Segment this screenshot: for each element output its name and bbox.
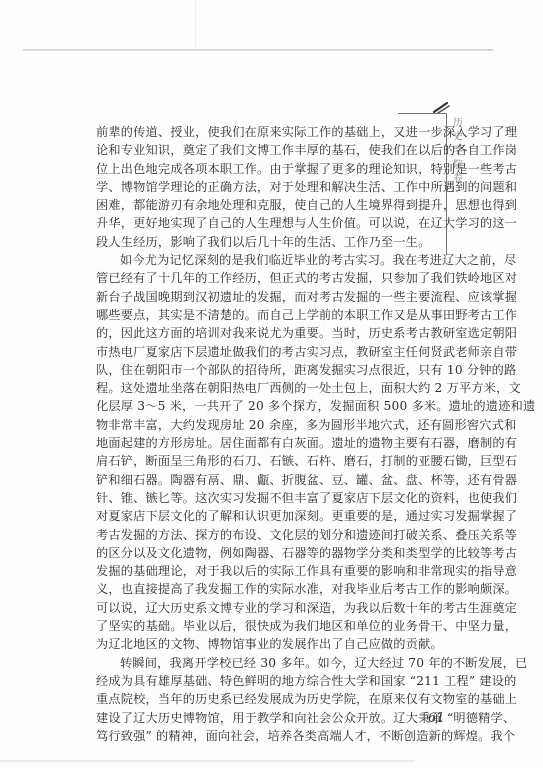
text-line: 的区分以及文化遗物，例如陶器、石器等的器物学分类和类型学的比较等考古 [96,544,448,562]
text-line: 管已经有了十几年的工作经历，但正式的考古发掘，只参加了我们铁岭地区对 [96,269,448,287]
header-horizontal-rule [398,113,447,114]
page-fold-line [195,0,196,48]
body-text: 前辈的传道、授业，使我们在原来实际工作的基础上，又进一步深入学习了理论和专业知识… [96,123,448,745]
top-rule [23,49,493,51]
text-line: 发掘的基础理论，对于我以后的实际工作具有重要的影响和非常现实的指导意 [96,562,448,580]
text-line: 针、锥、镞匕等。这次实习发掘不但丰富了夏家店下层文化的资料，也使我们 [96,489,448,507]
text-line: 学、博物馆学理论的正确方法，对于处理和解决生活、工作中所遇到的问题和 [96,178,448,196]
text-line: 物非常丰富，大约发现房址 20 余座，多为圆形半地穴式，还有圆形窖穴式和 [96,416,448,434]
text-line: 义，也直接提高了我发掘工作的实际水准，对我毕业后考古工作的影响颇深。 [96,580,448,598]
text-line: 的，因此这方面的培训对我来说尤为重要。当时，历史系考古教研室选定朝阳 [96,324,448,342]
page-number: 61 [428,711,445,726]
text-line: 了坚实的基础。毕业以后，很快成为我们地区和单位的业务骨干、中坚力量， [96,617,448,635]
paragraph: 前辈的传道、授业，使我们在原来实际工作的基础上，又进一步深入学习了理论和专业知识… [96,123,448,251]
text-line: 可以说，辽大历史系文博专业的学习和深造，为我以后数十年的考古生涯奠定 [96,599,448,617]
text-line: 论和专业知识，奠定了我们文博工作丰厚的基石，使我们在以后的各自工作岗 [96,141,448,159]
text-line: 段人生经历，影响了我们以后几十年的生活、工作乃至一生。 [96,233,448,251]
text-line: 前辈的传道、授业，使我们在原来实际工作的基础上，又进一步深入学习了理 [96,123,448,141]
text-line: 建设了辽大历史博物馆，用于教学和向社会公众开放。辽大秉承 “明德精学、 [96,709,448,727]
text-line: 升华，更好地实现了自己的人生理想与人生价值。可以说，在辽大学习的这一 [96,214,448,232]
text-line: 哪些要点，其实是不清楚的。而自己上学前的本职工作又是从事田野考古工作 [96,306,448,324]
text-line: 地面起建的方形房址。居住面都有白灰面。遗址的遗物主要有石器，磨制的有 [96,434,448,452]
text-line: 为辽北地区的文物、博物馆事业的发展作出了自己应做的贡献。 [96,635,448,653]
text-line: 位上出色地完成各项本职工作。由于掌握了更多的理论知识，特别是一些考古 [96,160,448,178]
text-line: 考古发掘的方法、探方的布设、文化层的划分和遗迹间打破关系、叠压关系等 [96,526,448,544]
bottom-edge-shadow [0,760,415,762]
paragraph: 转瞬间，我离开学校已经 30 多年。如今，辽大经过 70 年的不断发展，已经成为… [96,654,448,745]
text-line: 化层厚 3～5 米，一共开了 20 多个探方，发掘面积 500 多米。遗址的遗迹… [96,397,448,415]
text-line: 转瞬间，我离开学校已经 30 多年。如今，辽大经过 70 年的不断发展，已 [96,654,448,672]
text-line: 对夏家店下层文化的了解和认识更加深刻。更重要的是，通过实习发掘掌握了 [96,507,448,525]
text-line: 肩石铲，断面呈三角形的石刀、石镞、石杵、磨石，打制的亚腰石锄，巨型石 [96,452,448,470]
text-line: 笃行致强” 的精神，面向社会，培养各类高端人才，不断创造新的辉煌。我个 [96,727,448,745]
text-line: 重点院校，当年的历史系已经发展成为历史学院，在原来仅有文物室的基础上 [96,690,448,708]
text-line: 困难，都能游刃有余地处理和克服，使自己的人生境界得到提升，思想也得到 [96,196,448,214]
text-line: 新台子战国晚期到汉初遗址的发掘，而对考古发掘的一些主要流程、应该掌握 [96,288,448,306]
pen-icon [430,100,450,114]
text-line: 经成为具有雄厚基础、特色鲜明的地方综合性大学和国家 “211 工程” 建设的 [96,672,448,690]
text-line: 队，住在朝阳市一个部队的招待所，距离发掘实习点很近，只有 10 分钟的路 [96,361,448,379]
paragraph: 如今尤为记忆深刻的是我们临近毕业的考古实习。我在考进辽大之前，尽管已经有了十几年… [96,251,448,654]
text-line: 如今尤为记忆深刻的是我们临近毕业的考古实习。我在考进辽大之前，尽 [96,251,448,269]
text-line: 程。这处遗址坐落在朝阳热电厂西侧的一处土包上，面积大约 2 万平方米，文 [96,379,448,397]
text-line: 市热电厂夏家店下层遗址做我们的考古实习点，教研室主任何贤武老师亲自带 [96,343,448,361]
text-line: 铲和细石器。陶器有鬲、鼎、甗、折腹盆、豆、罐、盆、盘、杯等，还有骨器 [96,471,448,489]
